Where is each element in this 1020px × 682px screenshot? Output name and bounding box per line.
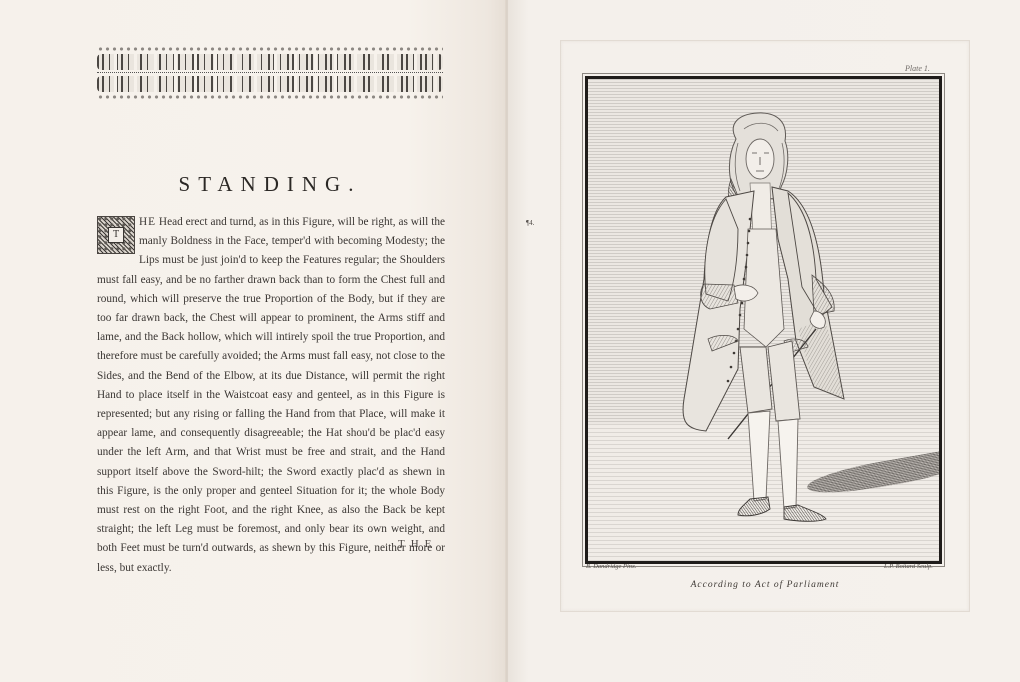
- body-text: T HE Head erect and turnd, as in this Fi…: [97, 213, 445, 578]
- ornamental-headpiece: [97, 45, 443, 101]
- ornament-band-upper: [97, 54, 443, 70]
- plate-number: Plate 1.: [905, 64, 930, 73]
- left-page: STANDING. T HE Head erect and turnd, as …: [0, 0, 508, 682]
- ornament-dot-row-bottom: [97, 93, 443, 101]
- book-spread: STANDING. T HE Head erect and turnd, as …: [0, 0, 1020, 682]
- painter-credit: B. Dandridge Pinx.: [586, 563, 637, 570]
- margin-mark: ¶4.: [526, 219, 534, 227]
- engraver-credit: L.P. Boitard Sculp.: [884, 563, 933, 570]
- ornament-divider: [97, 72, 443, 75]
- ornament-band-lower: [97, 76, 443, 92]
- page-title: STANDING.: [97, 172, 443, 197]
- drop-cap-letter: T: [108, 227, 124, 243]
- catchword: THE: [398, 538, 437, 550]
- standing-gentleman-engraving: [588, 79, 939, 561]
- body-paragraph: HE Head erect and turnd, as in this Figu…: [97, 213, 445, 578]
- engraving-frame: [585, 76, 942, 564]
- publication-imprint: According to Act of Parliament: [560, 580, 970, 590]
- body-paragraph-text: Head erect and turnd, as in this Figure,…: [97, 216, 445, 574]
- drop-cap-ornament: T: [97, 216, 135, 254]
- ornament-dot-row-top: [97, 45, 443, 53]
- body-lead-caps: HE: [139, 216, 156, 228]
